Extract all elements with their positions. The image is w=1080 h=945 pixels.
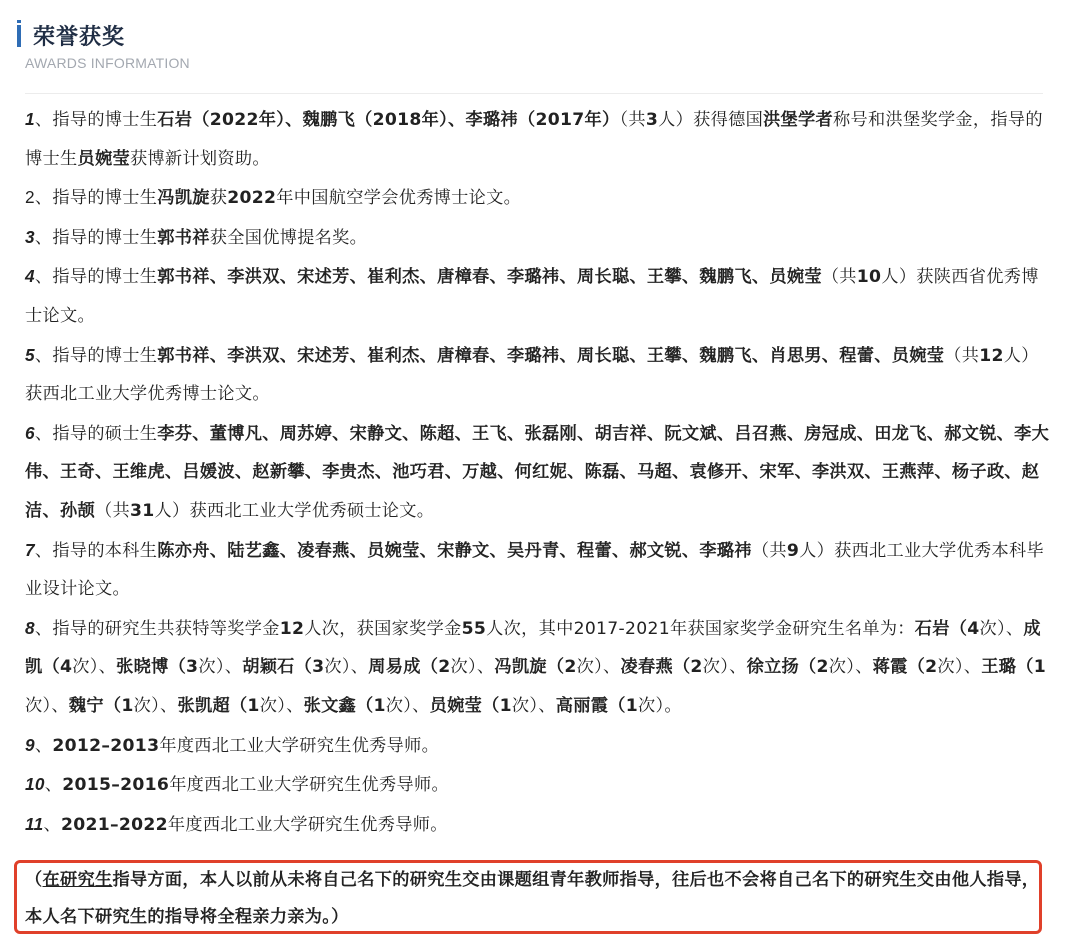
- award-highlight-text: 冯凯旋（2: [494, 657, 576, 677]
- note-text: 指导方面，本人以前从未将自己名下的研究生交由课题组青年教师指导，往后也不会将自己…: [25, 870, 1039, 927]
- award-text: 次）、: [937, 657, 981, 677]
- award-number: 4: [25, 266, 35, 286]
- award-text: （共: [619, 110, 645, 130]
- award-text: 次）、: [980, 619, 1024, 639]
- award-text: 、指导的博士生: [35, 228, 157, 248]
- award-highlight-text: 员婉莹（1: [430, 696, 512, 716]
- award-text: （共: [822, 267, 857, 287]
- award-text: 、指导的博士生: [35, 267, 157, 287]
- award-text: 次）、: [451, 657, 495, 677]
- award-text: 人次，其中2017-2021年获国家奖学金研究生名单为：: [486, 619, 915, 639]
- award-item: 11、2021–2022年度西北工业大学研究生优秀导师。: [25, 805, 1050, 845]
- award-text: 、指导的博士生: [35, 346, 157, 366]
- award-text: 、: [43, 815, 61, 835]
- award-highlight-text: 12: [979, 346, 1004, 366]
- award-item: 10、2015–2016年度西北工业大学研究生优秀导师。: [25, 765, 1050, 805]
- award-highlight-text: 2015–2016: [62, 775, 169, 795]
- award-number: 2: [25, 187, 35, 207]
- award-text: 次）、: [386, 696, 430, 716]
- award-item: 5、指导的博士生郭书祥、李洪双、宋述芳、崔利杰、唐樟春、李璐祎、周长聪、王攀、魏…: [25, 336, 1050, 414]
- award-highlight-text: 洪堡学者: [763, 110, 833, 130]
- award-item: 4、指导的博士生郭书祥、李洪双、宋述芳、崔利杰、唐樟春、李璐祎、周长聪、王攀、魏…: [25, 257, 1050, 335]
- award-text: （共: [944, 346, 979, 366]
- award-number: 9: [25, 735, 35, 755]
- award-highlight-text: 石岩（2022年）、魏鹏飞（2018年）、李璐祎（2017年）: [157, 110, 619, 130]
- award-highlight-text: 张凯超（1: [177, 696, 259, 716]
- award-text: 年度西北工业大学研究生优秀导师。: [169, 775, 449, 795]
- award-text: 次）、: [260, 696, 304, 716]
- award-text: 人）获得德国: [658, 110, 763, 130]
- award-number: 1: [25, 109, 35, 129]
- note-open-paren: （: [25, 870, 43, 890]
- award-text: 次）、: [72, 657, 116, 677]
- award-highlight-text: 12: [280, 619, 305, 639]
- award-text: 、: [35, 736, 53, 756]
- award-text: （共: [752, 541, 787, 561]
- award-text: 获博新计划资助。: [130, 149, 270, 169]
- award-text: 人）获西北工业大学优秀硕士论文。: [154, 501, 434, 521]
- award-number: 11: [25, 814, 43, 834]
- award-highlight-text: 31: [130, 501, 155, 521]
- note-underlined-text: 在研究生: [43, 870, 113, 890]
- award-text: 人次，获国家奖学金: [304, 619, 461, 639]
- award-highlight-text: 徐立扬（2: [747, 657, 829, 677]
- award-highlight-text: 郭书祥: [157, 228, 209, 248]
- award-text: 年中国航空学会优秀博士论文。: [276, 188, 521, 208]
- award-highlight-text: 2021–2022: [61, 815, 168, 835]
- award-highlight-text: 凌春燕（2: [620, 657, 702, 677]
- award-item: 9、2012–2013年度西北工业大学研究生优秀导师。: [25, 726, 1050, 766]
- award-item: 1、指导的博士生石岩（2022年）、魏鹏飞（2018年）、李璐祎（2017年）（…: [25, 100, 1050, 178]
- award-highlight-text: 张晓博（3: [116, 657, 198, 677]
- section-header: 荣誉获奖 AWARDS INFORMATION: [17, 20, 190, 71]
- award-highlight-text: 周易成（2: [368, 657, 450, 677]
- header-divider: [25, 93, 1043, 94]
- award-text: 次）、: [512, 696, 556, 716]
- award-highlight-text: 王璐（1: [981, 657, 1046, 677]
- award-highlight-text: 55: [462, 619, 487, 639]
- award-text: 获全国优博提名奖。: [210, 228, 367, 248]
- award-highlight-text: 冯凯旋: [157, 188, 209, 208]
- award-text: 、指导的博士生: [35, 110, 157, 130]
- award-highlight-text: 10: [857, 267, 882, 287]
- info-marker-icon: [17, 25, 21, 47]
- award-number: 5: [25, 345, 35, 365]
- award-text: 、指导的研究生共获特等奖学金: [35, 619, 280, 639]
- award-text: 次）、: [324, 657, 368, 677]
- award-highlight-text: 胡颖石（3: [242, 657, 324, 677]
- title-row: 荣誉获奖: [17, 20, 190, 51]
- award-text: （共: [95, 501, 130, 521]
- award-highlight-text: 魏宁（1: [69, 696, 134, 716]
- award-highlight-text: 石岩（4: [915, 619, 980, 639]
- award-text: 获: [210, 188, 228, 208]
- award-text: 、: [45, 775, 63, 795]
- award-text: 次）、: [703, 657, 747, 677]
- page-title: 荣誉获奖: [33, 20, 125, 51]
- award-text: 、指导的本科生: [35, 541, 157, 561]
- award-number: 3: [25, 227, 35, 247]
- award-text: 次）、: [829, 657, 873, 677]
- award-text: 次）、: [577, 657, 621, 677]
- award-highlight-text: 张文鑫（1: [304, 696, 386, 716]
- award-number: 8: [25, 618, 35, 638]
- award-item: 8、指导的研究生共获特等奖学金12人次，获国家奖学金55人次，其中2017-20…: [25, 609, 1050, 726]
- award-text: 年度西北工业大学研究生优秀导师。: [168, 815, 448, 835]
- award-text: 次）、: [25, 696, 69, 716]
- award-highlight-text: 高丽霞（1: [556, 696, 638, 716]
- award-text: 次）、: [134, 696, 178, 716]
- page-subtitle: AWARDS INFORMATION: [25, 55, 190, 71]
- award-text: 次）、: [198, 657, 242, 677]
- award-text: 年度西北工业大学研究生优秀导师。: [159, 736, 439, 756]
- award-highlight-text: 郭书祥、李洪双、宋述芳、崔利杰、唐樟春、李璐祎、周长聪、王攀、魏鹏飞、员婉莹: [157, 267, 822, 287]
- award-number: 7: [25, 540, 35, 560]
- award-highlight-text: 员婉莹: [77, 149, 129, 169]
- award-highlight-text: 2022: [227, 188, 276, 208]
- award-text: 次）。: [638, 696, 682, 716]
- award-highlight-text: 郭书祥、李洪双、宋述芳、崔利杰、唐樟春、李璐祎、周长聪、王攀、魏鹏飞、肖思男、程…: [157, 346, 944, 366]
- award-highlight-text: 陈亦舟、陆艺鑫、凌春燕、员婉莹、宋静文、吴丹青、程蕾、郝文锐、李璐祎: [157, 541, 752, 561]
- award-highlight-text: 9: [787, 541, 799, 561]
- award-number: 6: [25, 423, 35, 443]
- award-number: 10: [25, 774, 45, 794]
- award-highlight-text: 3: [646, 110, 658, 130]
- award-item: 2、指导的博士生冯凯旋获2022年中国航空学会优秀博士论文。: [25, 178, 1050, 218]
- supervision-note: （在研究生指导方面，本人以前从未将自己名下的研究生交由课题组青年教师指导，往后也…: [25, 862, 1050, 936]
- awards-list: 1、指导的博士生石岩（2022年）、魏鹏飞（2018年）、李璐祎（2017年）（…: [25, 100, 1050, 844]
- award-item: 3、指导的博士生郭书祥获全国优博提名奖。: [25, 218, 1050, 258]
- award-text: 、指导的博士生: [35, 188, 157, 208]
- award-item: 7、指导的本科生陈亦舟、陆艺鑫、凌春燕、员婉莹、宋静文、吴丹青、程蕾、郝文锐、李…: [25, 531, 1050, 609]
- award-highlight-text: 蒋霞（2: [873, 657, 938, 677]
- award-highlight-text: 2012–2013: [52, 736, 159, 756]
- award-text: 、指导的硕士生: [35, 424, 157, 444]
- award-item: 6、指导的硕士生李芬、董博凡、周苏婷、宋静文、陈超、王飞、张磊刚、胡吉祥、阮文斌…: [25, 414, 1050, 531]
